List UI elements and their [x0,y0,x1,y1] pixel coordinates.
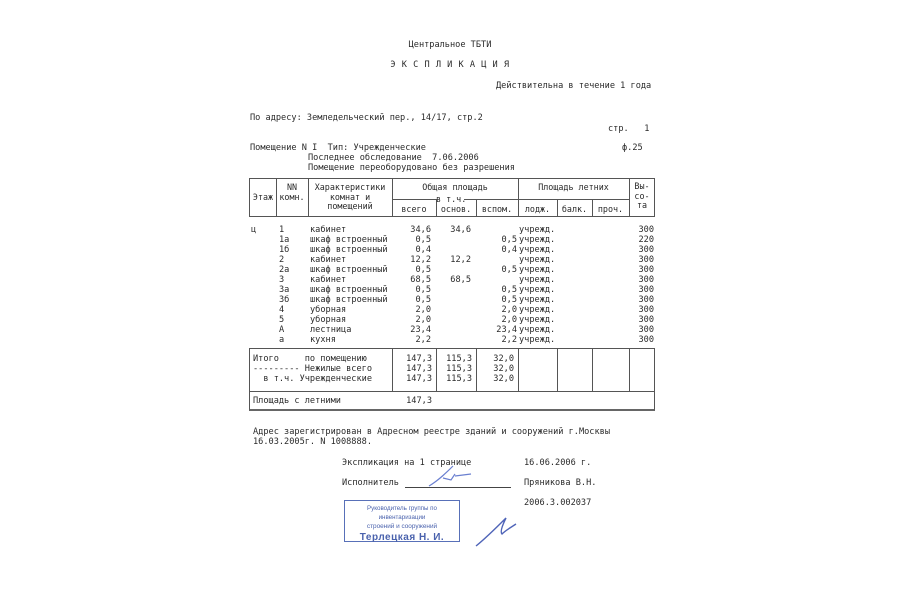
col-other: проч. [592,205,629,215]
cell-total: 0,5 [391,295,431,305]
premises-info: Помещение N I Тип: Учрежденческие [250,143,426,153]
cell-total: 0,5 [391,265,431,275]
col-characteristics: Характеристики комнат и помещений [308,183,392,212]
cell-name: уборная [310,315,390,325]
cell-height: 300 [628,295,654,305]
totals-label: --------- Нежилые всего [253,364,391,374]
table-row: 3ашкаф встроенный0,50,5учрежд.300 [249,285,655,295]
cell-name: шкаф встроенный [310,285,390,295]
totals-total: 147,3 [392,364,432,374]
cell-name: уборная [310,305,390,315]
cell-height: 300 [628,255,654,265]
cell-total: 0,5 [391,285,431,295]
table-row: 4уборная2,02,0учрежд.300 [249,305,655,315]
table-header: Этаж NN комн. Характеристики комнат и по… [249,178,655,217]
executor-label: Исполнитель [342,478,399,488]
cell-height: 300 [628,245,654,255]
cell-aux: 0,4 [471,245,517,255]
document-number: 2006.3.002037 [524,498,591,508]
cell-type: учрежд. [519,255,567,265]
stamp-line-3: Терлецкая Н. И. [345,531,459,544]
validity-note: Действительна в течение 1 года [496,81,651,91]
table-row: 1бшкаф встроенный0,40,4учрежд.300 [249,245,655,255]
cell-aux: 2,0 [471,315,517,325]
cell-type: учрежд. [519,295,567,305]
cell-no: 1 [279,225,303,235]
reconstruction-note: Помещение переоборудовано без разрешения [308,163,515,173]
cell-no: 4 [279,305,303,315]
executor-name: Пряникова В.Н. [524,478,596,488]
cell-name: кабинет [310,255,390,265]
totals-total: 147,3 [392,374,432,384]
cell-name: лестница [310,325,390,335]
with-summer-label: Площадь с летними [253,396,341,406]
cell-total: 34,6 [391,225,431,235]
cell-height: 300 [628,225,654,235]
table-row: 2ашкаф встроенный0,50,5учрежд.300 [249,265,655,275]
cell-name: шкаф встроенный [310,295,390,305]
table-row: ц1кабинет34,634,6учрежд.300 [249,225,655,235]
totals-row: --------- Нежилые всего147,3115,332,0 [250,364,656,374]
cell-total: 68,5 [391,275,431,285]
registry-line-1: Адрес зарегистрирован в Адресном реестре… [253,427,610,437]
cell-name: шкаф встроенный [310,235,390,245]
totals-label: Итого по помещению [253,354,391,364]
cell-total: 12,2 [391,255,431,265]
totals-main: 115,3 [436,364,472,374]
document-title: Э К С П Л И К А Ц И Я [350,60,550,70]
cell-name: кабинет [310,225,390,235]
cell-type: учрежд. [519,305,567,315]
cell-main: 12,2 [435,255,471,265]
totals-row: Итого по помещению147,3115,332,0 [250,354,656,364]
col-height: Вы- со- та [629,182,655,211]
table-row: Алестница23,423,4учрежд.300 [249,325,655,335]
table-row: 1ашкаф встроенный0,50,5учрежд.220 [249,235,655,245]
cell-aux: 0,5 [471,285,517,295]
col-aux: вспом. [476,205,518,215]
cell-main: 68,5 [435,275,471,285]
col-total-area: Общая площадь [392,183,518,193]
cell-height: 220 [628,235,654,245]
totals-main: 115,3 [436,354,472,364]
col-total: всего [392,205,436,215]
page-number: стр. 1 [608,124,649,134]
cell-height: 300 [628,315,654,325]
col-summer-area: Площадь летних [518,183,629,193]
issue-date: 16.06.2006 г. [524,458,591,468]
totals-label: в т.ч. Учрежденческие [253,374,391,384]
cell-type: учрежд. [519,235,567,245]
stamp-line-1: Руководитель группы по инвентаризации [345,504,459,522]
organization-name: Центральное ТБТИ [350,40,550,50]
cell-floor: ц [251,225,271,235]
cell-aux: 2,2 [471,335,517,345]
totals-row: в т.ч. Учрежденческие147,3115,332,0 [250,374,656,384]
cell-height: 300 [628,275,654,285]
cell-total: 2,0 [391,305,431,315]
supervisor-signature-icon [472,512,522,550]
with-summer-value: 147,3 [392,396,432,406]
cell-name: кухня [310,335,390,345]
cell-no: 1а [279,235,303,245]
cell-type: учрежд. [519,265,567,275]
cell-height: 300 [628,265,654,275]
cell-type: учрежд. [519,335,567,345]
cell-type: учрежд. [519,275,567,285]
totals-aux: 32,0 [476,354,514,364]
registry-line-2: 16.03.2005г. N 1008888. [253,437,372,447]
cell-type: учрежд. [519,285,567,295]
table-row: 3бшкаф встроенный0,50,5учрежд.300 [249,295,655,305]
col-room-no: NN комн. [276,183,308,202]
table-row: 3кабинет68,568,5учрежд.300 [249,275,655,285]
cell-type: учрежд. [519,325,567,335]
last-survey: Последнее обследование 7.06.2006 [308,153,479,163]
cell-name: шкаф встроенный [310,265,390,275]
cell-total: 23,4 [391,325,431,335]
cell-no: 3б [279,295,303,305]
cell-aux: 23,4 [471,325,517,335]
cell-height: 300 [628,325,654,335]
cell-no: 1б [279,245,303,255]
cell-aux: 2,0 [471,305,517,315]
cell-no: 5 [279,315,303,325]
table-row: 2кабинет12,212,2учрежд.300 [249,255,655,265]
col-main: основ. [436,205,476,215]
cell-name: кабинет [310,275,390,285]
table-row: 5уборная2,02,0учрежд.300 [249,315,655,325]
cell-main: 34,6 [435,225,471,235]
with-summer-box: Площадь с летними 147,3 [249,391,655,411]
cell-no: 3а [279,285,303,295]
cell-no: 2а [279,265,303,275]
executor-signature-icon [425,464,475,490]
col-loggia: лодж. [518,205,557,215]
cell-total: 0,5 [391,235,431,245]
col-floor: Этаж [250,193,276,203]
cell-no: 2 [279,255,303,265]
totals-aux: 32,0 [476,374,514,384]
table-body: ц1кабинет34,634,6учрежд.3001ашкаф встрое… [249,225,655,347]
address: По адресу: Земледельческий пер., 14/17, … [250,113,483,123]
cell-aux: 0,5 [471,295,517,305]
table-row: акухня2,22,2учрежд.300 [249,335,655,345]
totals-aux: 32,0 [476,364,514,374]
cell-no: 3 [279,275,303,285]
cell-total: 0,4 [391,245,431,255]
official-stamp: Руководитель группы по инвентаризации ст… [344,500,460,542]
cell-aux: 0,5 [471,235,517,245]
cell-no: а [279,335,303,345]
cell-type: учрежд. [519,245,567,255]
form-number: ф.25 [622,143,643,153]
cell-total: 2,0 [391,315,431,325]
cell-type: учрежд. [519,225,567,235]
cell-height: 300 [628,335,654,345]
cell-aux: 0,5 [471,265,517,275]
cell-total: 2,2 [391,335,431,345]
cell-name: шкаф встроенный [310,245,390,255]
totals-box: Итого по помещению147,3115,332,0--------… [249,348,655,392]
stamp-line-2: строений и сооружений [345,522,459,531]
cell-type: учрежд. [519,315,567,325]
totals-main: 115,3 [436,374,472,384]
cell-height: 300 [628,285,654,295]
cell-height: 300 [628,305,654,315]
col-balcony: балк. [557,205,592,215]
cell-no: А [279,325,303,335]
totals-total: 147,3 [392,354,432,364]
